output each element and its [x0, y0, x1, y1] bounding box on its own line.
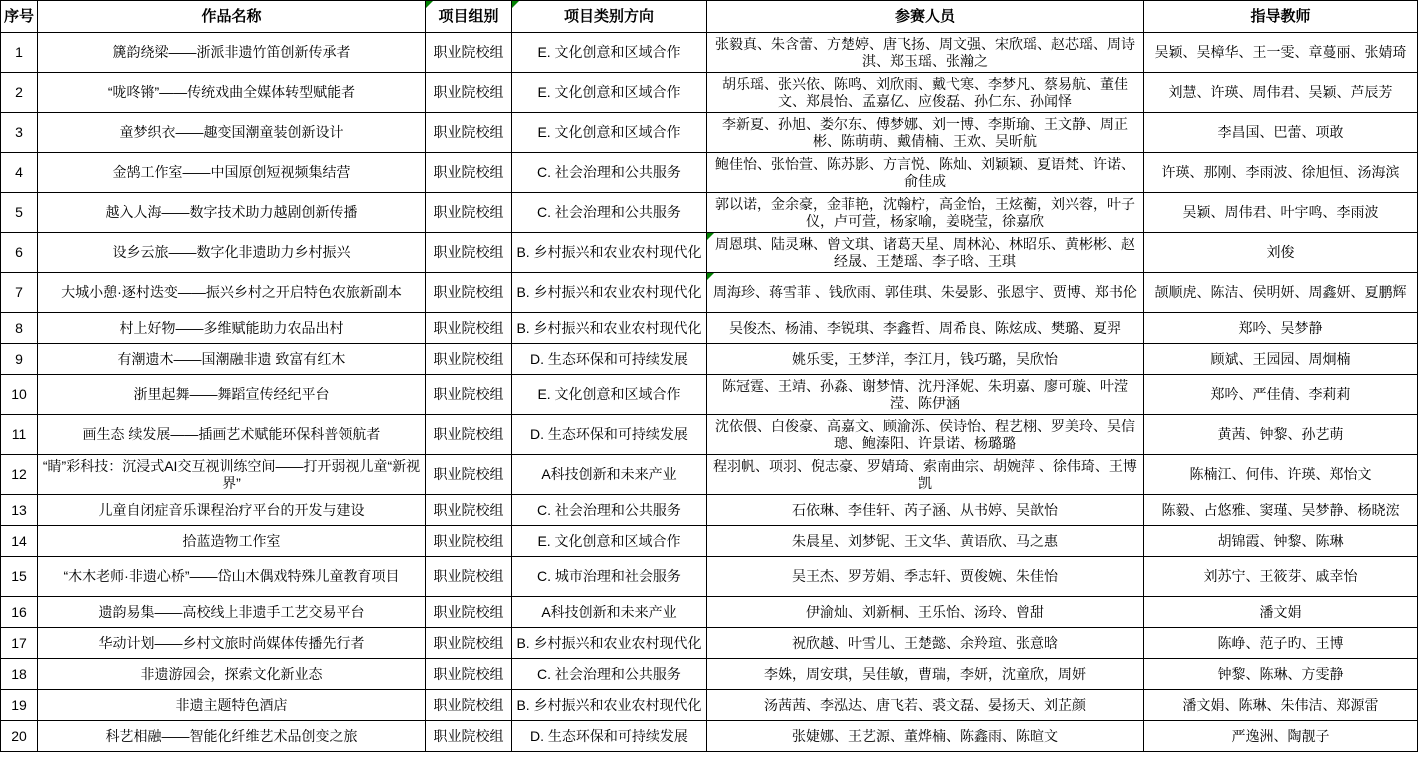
work-title-cell[interactable]: 科艺相融——智能化纤维艺术品创变之旅: [38, 721, 426, 752]
teachers-cell[interactable]: 李昌国、巴蕾、项敢: [1144, 113, 1418, 153]
teachers-cell[interactable]: 顾斌、王园园、周炯楠: [1144, 344, 1418, 375]
row-index-cell[interactable]: 6: [1, 233, 38, 273]
table-row: 6 设乡云旅——数字化非遗助力乡村振兴 职业院校组 B. 乡村振兴和农业农村现代…: [1, 233, 1418, 273]
work-title-cell[interactable]: 大城小憩·逐村迭变——振兴乡村之开启特色农旅新副本: [38, 273, 426, 313]
table-row: 10 浙里起舞——舞蹈宣传经纪平台 职业院校组 E. 文化创意和区域合作 陈冠霆…: [1, 375, 1418, 415]
participants-cell[interactable]: 朱晨星、刘梦铌、王文华、黄语欣、马之惠: [707, 526, 1144, 557]
work-title-cell[interactable]: 村上好物——多维赋能助力农品出村: [38, 313, 426, 344]
participants-cell[interactable]: 周恩琪、陆灵琳、曾文琪、诸葛天星、周林沁、林昭乐、黄彬彬、赵经晟、王楚瑶、李子晗…: [707, 233, 1144, 273]
group-cell[interactable]: 职业院校组: [426, 273, 512, 313]
participants-cell[interactable]: 胡乐瑶、张兴依、陈鸣、刘欣雨、戴弋寒、李梦凡、蔡易航、董佳文、郑晨怡、孟嘉亿、应…: [707, 73, 1144, 113]
teachers-cell[interactable]: 陈毅、占悠雅、窦瑾、吴梦静、杨晓浤: [1144, 495, 1418, 526]
row-index-cell[interactable]: 14: [1, 526, 38, 557]
participants-cell[interactable]: 张婕娜、王艺源、董烨楠、陈鑫雨、陈暄文: [707, 721, 1144, 752]
row-index-cell[interactable]: 1: [1, 33, 38, 73]
table-row: 2 “咙咚锵”——传统戏曲全媒体转型赋能者 职业院校组 E. 文化创意和区域合作…: [1, 73, 1418, 113]
table-row: 14 拾蓝造物工作室 职业院校组 E. 文化创意和区域合作 朱晨星、刘梦铌、王文…: [1, 526, 1418, 557]
participants-cell[interactable]: 沈依偎、白俊豪、高嘉文、顾渝泺、侯诗怡、程艺栩、罗美玲、吴信璁、鲍溱阳、许景诺、…: [707, 415, 1144, 455]
work-title-cell[interactable]: 有潮遗木——国潮融非遗 致富有红木: [38, 344, 426, 375]
participants-text: 周恩琪、陆灵琳、曾文琪、诸葛天星、周林沁、林昭乐、黄彬彬、赵经晟、王楚瑶、李子晗…: [715, 236, 1135, 269]
participants-cell[interactable]: 吴俊杰、杨浦、李锐琪、李鑫哲、周希良、陈炫成、樊璐、夏羿: [707, 313, 1144, 344]
row-index-cell[interactable]: 9: [1, 344, 38, 375]
category-cell[interactable]: E. 文化创意和区域合作: [512, 526, 707, 557]
group-cell[interactable]: 职业院校组: [426, 659, 512, 690]
header-row: 序号 作品名称 项目组别 项目类别方向 参赛人员 指导教师: [1, 1, 1418, 33]
table-row: 16 遗韵易集——高校线上非遗手工艺交易平台 职业院校组 A科技创新和未来产业 …: [1, 597, 1418, 628]
teachers-cell[interactable]: 刘俊: [1144, 233, 1418, 273]
row-index-cell[interactable]: 2: [1, 73, 38, 113]
category-cell[interactable]: D. 生态环保和可持续发展: [512, 721, 707, 752]
row-index-cell[interactable]: 12: [1, 455, 38, 495]
work-title-cell[interactable]: “睛”彩科技：沉浸式AI交互视训练空间——打开弱视儿童“新视界”: [38, 455, 426, 495]
category-cell[interactable]: C. 社会治理和公共服务: [512, 659, 707, 690]
participants-cell[interactable]: 张毅真、朱含蕾、方楚婷、唐飞扬、周文强、宋欣瑶、赵芯瑶、周诗淇、郑玉瑶、张瀚之: [707, 33, 1144, 73]
work-title-cell[interactable]: 华动计划——乡村文旅时尚媒体传播先行者: [38, 628, 426, 659]
work-title-cell[interactable]: 儿童自闭症音乐课程治疗平台的开发与建设: [38, 495, 426, 526]
work-title-cell[interactable]: 画生态 续发展——插画艺术赋能环保科普领航者: [38, 415, 426, 455]
header-cell-category[interactable]: 项目类别方向: [512, 1, 707, 33]
teachers-cell[interactable]: 吴颖、吴樟华、王一雯、章蔓丽、张婧琦: [1144, 33, 1418, 73]
category-cell[interactable]: C. 社会治理和公共服务: [512, 193, 707, 233]
category-cell[interactable]: E. 文化创意和区域合作: [512, 113, 707, 153]
teachers-cell[interactable]: 吴颖、周伟君、叶宇鸣、李雨波: [1144, 193, 1418, 233]
participants-cell[interactable]: 周海珍、蒋雪菲 、钱欣雨、郭佳琪、朱晏影、张恩宇、贾博、郑书伦: [707, 273, 1144, 313]
category-cell[interactable]: B. 乡村振兴和农业农村现代化: [512, 233, 707, 273]
group-cell[interactable]: 职业院校组: [426, 557, 512, 597]
teachers-cell[interactable]: 潘文娟: [1144, 597, 1418, 628]
header-cell-teachers[interactable]: 指导教师: [1144, 1, 1418, 33]
row-index-cell[interactable]: 10: [1, 375, 38, 415]
teachers-cell[interactable]: 胡锦霞、钟黎、陈琳: [1144, 526, 1418, 557]
header-cell-group[interactable]: 项目组别: [426, 1, 512, 33]
header-label: 项目类别方向: [564, 8, 654, 25]
table-row: 13 儿童自闭症音乐课程治疗平台的开发与建设 职业院校组 C. 社会治理和公共服…: [1, 495, 1418, 526]
group-cell[interactable]: 职业院校组: [426, 597, 512, 628]
work-title-cell[interactable]: 越入人海——数字技术助力越剧创新传播: [38, 193, 426, 233]
group-cell[interactable]: 职业院校组: [426, 721, 512, 752]
participants-cell[interactable]: 姚乐雯，王梦洋，李江月，钱巧璐，吴欣怡: [707, 344, 1144, 375]
row-index-cell[interactable]: 16: [1, 597, 38, 628]
table-row: 17 华动计划——乡村文旅时尚媒体传播先行者 职业院校组 B. 乡村振兴和农业农…: [1, 628, 1418, 659]
table-row: 7 大城小憩·逐村迭变——振兴乡村之开启特色农旅新副本 职业院校组 B. 乡村振…: [1, 273, 1418, 313]
work-title-cell[interactable]: 拾蓝造物工作室: [38, 526, 426, 557]
work-title-cell[interactable]: “咙咚锵”——传统戏曲全媒体转型赋能者: [38, 73, 426, 113]
error-check-triangle-icon: [426, 1, 433, 8]
category-cell[interactable]: E. 文化创意和区域合作: [512, 33, 707, 73]
table-row: 3 童梦织衣——趣变国潮童装创新设计 职业院校组 E. 文化创意和区域合作 李新…: [1, 113, 1418, 153]
work-title-cell[interactable]: 篪韵绕梁——浙派非遗竹笛创新传承者: [38, 33, 426, 73]
row-index-cell[interactable]: 4: [1, 153, 38, 193]
work-title-cell[interactable]: 浙里起舞——舞蹈宣传经纪平台: [38, 375, 426, 415]
teachers-cell[interactable]: 严逸洲、陶靓子: [1144, 721, 1418, 752]
table-row: 9 有潮遗木——国潮融非遗 致富有红木 职业院校组 D. 生态环保和可持续发展 …: [1, 344, 1418, 375]
work-title-cell[interactable]: 非遗游园会，探索文化新业态: [38, 659, 426, 690]
table-row: 4 金鹄工作室——中国原创短视频集结营 职业院校组 C. 社会治理和公共服务 鲍…: [1, 153, 1418, 193]
row-index-cell[interactable]: 18: [1, 659, 38, 690]
table-row: 20 科艺相融——智能化纤维艺术品创变之旅 职业院校组 D. 生态环保和可持续发…: [1, 721, 1418, 752]
group-cell[interactable]: 职业院校组: [426, 153, 512, 193]
category-cell[interactable]: D. 生态环保和可持续发展: [512, 344, 707, 375]
work-title-cell[interactable]: 设乡云旅——数字化非遗助力乡村振兴: [38, 233, 426, 273]
work-title-cell[interactable]: 童梦织衣——趣变国潮童装创新设计: [38, 113, 426, 153]
error-check-triangle-icon: [707, 233, 714, 240]
group-cell[interactable]: 职业院校组: [426, 415, 512, 455]
header-cell-participants[interactable]: 参赛人员: [707, 1, 1144, 33]
spreadsheet-region: 序号 作品名称 项目组别 项目类别方向 参赛人员 指导教师 1 篪韵绕梁——浙派…: [0, 0, 1419, 752]
participants-cell[interactable]: 郭以诺，金余豪，金菲艳，沈翰柠，高金怡，王炫蘅，刘兴蓉，叶子仪，卢可萱，杨家喻，…: [707, 193, 1144, 233]
participants-cell[interactable]: 李新夏、孙旭、娄尔东、傅梦娜、刘一博、李斯瑜、王文静、周正彬、陈萌萌、戴倩楠、王…: [707, 113, 1144, 153]
row-index-cell[interactable]: 8: [1, 313, 38, 344]
participants-cell[interactable]: 吴王杰、罗芳娟、季志轩、贾俊婉、朱佳怡: [707, 557, 1144, 597]
category-cell[interactable]: B. 乡村振兴和农业农村现代化: [512, 313, 707, 344]
participants-cell[interactable]: 程羽帆、项羽、倪志豪、罗婧琦、索南曲宗、胡婉萍 、徐伟琦、王博凯: [707, 455, 1144, 495]
teachers-cell[interactable]: 潘文娟、陈琳、朱伟洁、郑源雷: [1144, 690, 1418, 721]
row-index-cell[interactable]: 7: [1, 273, 38, 313]
row-index-cell[interactable]: 13: [1, 495, 38, 526]
work-title-cell[interactable]: 金鹄工作室——中国原创短视频集结营: [38, 153, 426, 193]
category-cell[interactable]: D. 生态环保和可持续发展: [512, 415, 707, 455]
participants-cell[interactable]: 鲍佳怡、张怡萱、陈苏影、方言悦、陈灿、刘颖颖、夏语梵、许诺、俞佳成: [707, 153, 1144, 193]
table-row: 12 “睛”彩科技：沉浸式AI交互视训练空间——打开弱视儿童“新视界” 职业院校…: [1, 455, 1418, 495]
error-check-triangle-icon: [707, 273, 714, 280]
participants-cell[interactable]: 陈冠霆、王靖、孙淼、谢梦情、沈丹泽妮、朱玥嘉、廖可璇、叶滢滢、陈伊涵: [707, 375, 1144, 415]
participants-text: 周海珍、蒋雪菲 、钱欣雨、郭佳琪、朱晏影、张恩宇、贾博、郑书伦: [713, 284, 1137, 300]
row-index-cell[interactable]: 11: [1, 415, 38, 455]
teachers-cell[interactable]: 颉顺虎、陈洁、侯明妍、周鑫妍、夏鹏辉: [1144, 273, 1418, 313]
category-cell[interactable]: B. 乡村振兴和农业农村现代化: [512, 690, 707, 721]
entries-table: 序号 作品名称 项目组别 项目类别方向 参赛人员 指导教师 1 篪韵绕梁——浙派…: [0, 0, 1418, 752]
group-cell[interactable]: 职业院校组: [426, 233, 512, 273]
table-row: 5 越入人海——数字技术助力越剧创新传播 职业院校组 C. 社会治理和公共服务 …: [1, 193, 1418, 233]
table-row: 11 画生态 续发展——插画艺术赋能环保科普领航者 职业院校组 D. 生态环保和…: [1, 415, 1418, 455]
participants-cell[interactable]: 汤茜茜、李泓达、唐飞若、裘文磊、晏扬天、刘芷颜: [707, 690, 1144, 721]
teachers-cell[interactable]: 郑吟、吴梦静: [1144, 313, 1418, 344]
table-row: 8 村上好物——多维赋能助力农品出村 职业院校组 B. 乡村振兴和农业农村现代化…: [1, 313, 1418, 344]
group-cell[interactable]: 职业院校组: [426, 495, 512, 526]
teachers-cell[interactable]: 陈楠江、何伟、许瑛、郑怡文: [1144, 455, 1418, 495]
teachers-cell[interactable]: 郑吟、严佳倩、李莉莉: [1144, 375, 1418, 415]
header-cell-title[interactable]: 作品名称: [38, 1, 426, 33]
teachers-cell[interactable]: 陈峥、范子旳、王博: [1144, 628, 1418, 659]
teachers-cell[interactable]: 刘苏宁、王筱芽、戚幸怡: [1144, 557, 1418, 597]
work-title-cell[interactable]: 非遗主题特色酒店: [38, 690, 426, 721]
group-cell[interactable]: 职业院校组: [426, 113, 512, 153]
participants-cell[interactable]: 李姝，周安琪，吴佳敏，曹瑞，李妍，沈童欣，周妍: [707, 659, 1144, 690]
row-index-cell[interactable]: 3: [1, 113, 38, 153]
teachers-cell[interactable]: 黄茜、钟黎、孙艺萌: [1144, 415, 1418, 455]
row-index-cell[interactable]: 17: [1, 628, 38, 659]
group-cell[interactable]: 职业院校组: [426, 455, 512, 495]
group-cell[interactable]: 职业院校组: [426, 193, 512, 233]
participants-cell[interactable]: 伊渝灿、刘新桐、王乐怡、汤玲、曾甜: [707, 597, 1144, 628]
teachers-cell[interactable]: 刘慧、许瑛、周伟君、吴颖、芦辰芳: [1144, 73, 1418, 113]
row-index-cell[interactable]: 19: [1, 690, 38, 721]
header-cell-index[interactable]: 序号: [1, 1, 38, 33]
group-cell[interactable]: 职业院校组: [426, 690, 512, 721]
work-title-cell[interactable]: 遗韵易集——高校线上非遗手工艺交易平台: [38, 597, 426, 628]
category-cell[interactable]: C. 社会治理和公共服务: [512, 153, 707, 193]
category-cell[interactable]: A科技创新和未来产业: [512, 597, 707, 628]
category-cell[interactable]: C. 城市治理和社会服务: [512, 557, 707, 597]
row-index-cell[interactable]: 20: [1, 721, 38, 752]
row-index-cell[interactable]: 5: [1, 193, 38, 233]
category-cell[interactable]: B. 乡村振兴和农业农村现代化: [512, 628, 707, 659]
category-cell[interactable]: C. 社会治理和公共服务: [512, 495, 707, 526]
work-title-cell[interactable]: “木木老师·非遗心桥”——岱山木偶戏特殊儿童教育项目: [38, 557, 426, 597]
teachers-cell[interactable]: 钟黎、陈琳、方雯静: [1144, 659, 1418, 690]
group-cell[interactable]: 职业院校组: [426, 628, 512, 659]
group-cell[interactable]: 职业院校组: [426, 375, 512, 415]
category-cell[interactable]: B. 乡村振兴和农业农村现代化: [512, 273, 707, 313]
participants-cell[interactable]: 祝欣越、叶雪儿、王楚懿、余羚瑄、张意晗: [707, 628, 1144, 659]
table-row: 15 “木木老师·非遗心桥”——岱山木偶戏特殊儿童教育项目 职业院校组 C. 城…: [1, 557, 1418, 597]
category-cell[interactable]: E. 文化创意和区域合作: [512, 73, 707, 113]
category-cell[interactable]: E. 文化创意和区域合作: [512, 375, 707, 415]
table-row: 19 非遗主题特色酒店 职业院校组 B. 乡村振兴和农业农村现代化 汤茜茜、李泓…: [1, 690, 1418, 721]
group-cell[interactable]: 职业院校组: [426, 313, 512, 344]
category-cell[interactable]: A科技创新和未来产业: [512, 455, 707, 495]
group-cell[interactable]: 职业院校组: [426, 33, 512, 73]
group-cell[interactable]: 职业院校组: [426, 73, 512, 113]
group-cell[interactable]: 职业院校组: [426, 344, 512, 375]
table-row: 1 篪韵绕梁——浙派非遗竹笛创新传承者 职业院校组 E. 文化创意和区域合作 张…: [1, 33, 1418, 73]
header-label: 项目组别: [438, 8, 498, 25]
participants-cell[interactable]: 石依琳、李佳轩、芮子涵、从书婷、吴歆怡: [707, 495, 1144, 526]
group-cell[interactable]: 职业院校组: [426, 526, 512, 557]
error-check-triangle-icon: [512, 1, 519, 8]
teachers-cell[interactable]: 许瑛、那刚、李雨波、徐旭恒、汤海滨: [1144, 153, 1418, 193]
table-row: 18 非遗游园会，探索文化新业态 职业院校组 C. 社会治理和公共服务 李姝，周…: [1, 659, 1418, 690]
row-index-cell[interactable]: 15: [1, 557, 38, 597]
